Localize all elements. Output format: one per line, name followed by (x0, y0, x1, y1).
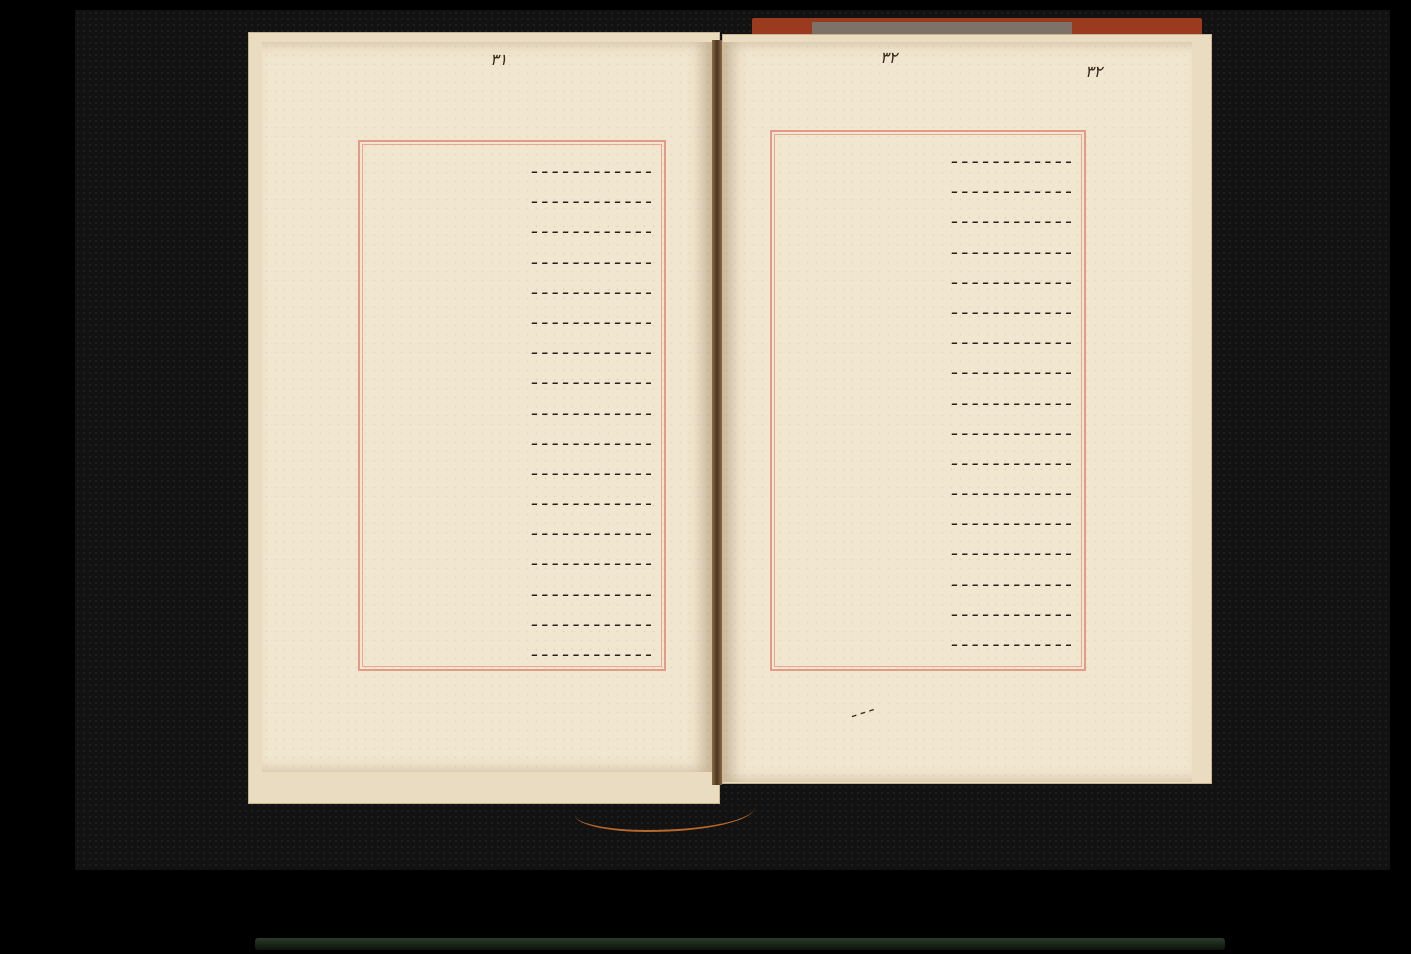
text-line: ـ ـ ـ ـ ـ ـ ـ ـ ـ ـ ـ ـ (785, 535, 1071, 565)
right-text-block: ـ ـ ـ ـ ـ ـ ـ ـ ـ ـ ـ ـ ـ ـ ـ ـ ـ ـ ـ ـ … (774, 134, 1082, 667)
text-line: ـ ـ ـ ـ ـ ـ ـ ـ ـ ـ ـ ـ (785, 415, 1071, 445)
text-line: ـ ـ ـ ـ ـ ـ ـ ـ ـ ـ ـ ـ (785, 566, 1071, 596)
right-folio-mark: ٣٢ (880, 48, 897, 67)
text-line: ـ ـ ـ ـ ـ ـ ـ ـ ـ ـ ـ ـ (785, 626, 1071, 656)
right-corner-mark: ٣٢ (1085, 62, 1102, 81)
text-line: ـ ـ ـ ـ ـ ـ ـ ـ ـ ـ ـ ـ (785, 294, 1071, 324)
bottom-green-strip (255, 938, 1225, 950)
text-line: ـ ـ ـ ـ ـ ـ ـ ـ ـ ـ ـ ـ (373, 425, 651, 455)
text-line: ـ ـ ـ ـ ـ ـ ـ ـ ـ ـ ـ ـ (373, 576, 651, 606)
text-line: ـ ـ ـ ـ ـ ـ ـ ـ ـ ـ ـ ـ (785, 385, 1071, 415)
text-line: ـ ـ ـ ـ ـ ـ ـ ـ ـ ـ ـ ـ (785, 324, 1071, 354)
text-line: ـ ـ ـ ـ ـ ـ ـ ـ ـ ـ ـ ـ (785, 505, 1071, 535)
left-folio-mark: ٣١ (490, 50, 507, 69)
text-line: ـ ـ ـ ـ ـ ـ ـ ـ ـ ـ ـ ـ (373, 455, 651, 485)
text-line: ـ ـ ـ ـ ـ ـ ـ ـ ـ ـ ـ ـ (373, 515, 651, 545)
text-line: ـ ـ ـ ـ ـ ـ ـ ـ ـ ـ ـ ـ (373, 636, 651, 666)
text-line: ـ ـ ـ ـ ـ ـ ـ ـ ـ ـ ـ ـ (373, 395, 651, 425)
text-line: ـ ـ ـ ـ ـ ـ ـ ـ ـ ـ ـ ـ (373, 213, 651, 243)
text-line: ـ ـ ـ ـ ـ ـ ـ ـ ـ ـ ـ ـ (785, 173, 1071, 203)
text-line: ـ ـ ـ ـ ـ ـ ـ ـ ـ ـ ـ ـ (785, 234, 1071, 264)
text-line: ـ ـ ـ ـ ـ ـ ـ ـ ـ ـ ـ ـ (373, 334, 651, 364)
book-gutter (712, 40, 722, 785)
text-line: ـ ـ ـ ـ ـ ـ ـ ـ ـ ـ ـ ـ (373, 274, 651, 304)
text-line: ـ ـ ـ ـ ـ ـ ـ ـ ـ ـ ـ ـ (373, 545, 651, 575)
left-text-frame: ـ ـ ـ ـ ـ ـ ـ ـ ـ ـ ـ ـ ـ ـ ـ ـ ـ ـ ـ ـ … (358, 140, 666, 671)
text-line: ـ ـ ـ ـ ـ ـ ـ ـ ـ ـ ـ ـ (373, 244, 651, 274)
text-line: ـ ـ ـ ـ ـ ـ ـ ـ ـ ـ ـ ـ (785, 354, 1071, 384)
text-line: ـ ـ ـ ـ ـ ـ ـ ـ ـ ـ ـ ـ (785, 596, 1071, 626)
text-line: ـ ـ ـ ـ ـ ـ ـ ـ ـ ـ ـ ـ (785, 203, 1071, 233)
text-line: ـ ـ ـ ـ ـ ـ ـ ـ ـ ـ ـ ـ (785, 143, 1071, 173)
text-line: ـ ـ ـ ـ ـ ـ ـ ـ ـ ـ ـ ـ (373, 606, 651, 636)
text-line: ـ ـ ـ ـ ـ ـ ـ ـ ـ ـ ـ ـ (785, 445, 1071, 475)
text-line: ـ ـ ـ ـ ـ ـ ـ ـ ـ ـ ـ ـ (373, 304, 651, 334)
text-line: ـ ـ ـ ـ ـ ـ ـ ـ ـ ـ ـ ـ (785, 475, 1071, 505)
text-line: ـ ـ ـ ـ ـ ـ ـ ـ ـ ـ ـ ـ (373, 485, 651, 515)
right-text-frame: ـ ـ ـ ـ ـ ـ ـ ـ ـ ـ ـ ـ ـ ـ ـ ـ ـ ـ ـ ـ … (770, 130, 1086, 671)
text-line: ـ ـ ـ ـ ـ ـ ـ ـ ـ ـ ـ ـ (373, 153, 651, 183)
text-line: ـ ـ ـ ـ ـ ـ ـ ـ ـ ـ ـ ـ (785, 264, 1071, 294)
text-line: ـ ـ ـ ـ ـ ـ ـ ـ ـ ـ ـ ـ (373, 364, 651, 394)
left-text-block: ـ ـ ـ ـ ـ ـ ـ ـ ـ ـ ـ ـ ـ ـ ـ ـ ـ ـ ـ ـ … (362, 144, 662, 667)
text-line: ـ ـ ـ ـ ـ ـ ـ ـ ـ ـ ـ ـ (373, 183, 651, 213)
